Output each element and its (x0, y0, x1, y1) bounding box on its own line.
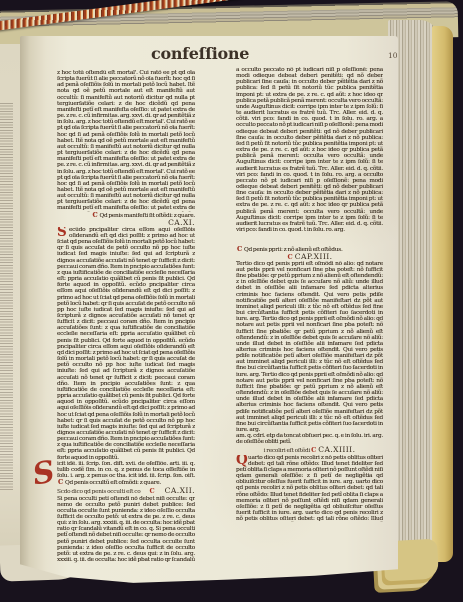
pilcrow-mark-icon: C (149, 487, 154, 495)
column-left: z hoc totũ oſtendũ eſt mortal'. Cui ratõ… (57, 70, 195, 567)
text-paragraph: Secũdo pncipaliter circa eſſom aqui oſeſ… (57, 227, 195, 461)
chapter-label: CA.XII. (165, 487, 195, 495)
text-paragraph: a occulto peccato nõ pt iudicari niſi p … (236, 67, 383, 246)
chapter-label: CAP.XIII. (295, 253, 333, 261)
fore-edge-cover-band (432, 26, 453, 562)
chapter-label: CA.XIIII. (318, 446, 355, 454)
text-paragraph: Si pena occulti petĩ oſtendi nõ debet ni… (57, 496, 195, 564)
pilcrow-mark-icon: C (93, 212, 98, 219)
book-photo: confeſſione 107 z hoc totũ oſtendũ eſt m… (0, 0, 463, 602)
pilcrow-mark-icon: C (288, 253, 293, 261)
chapter-heading: CCAP.XIII. (236, 253, 383, 261)
column-right: a occulto peccato nõ pt iudicari niſi p … (236, 67, 383, 531)
rubricated-margin-initial: S (31, 457, 58, 490)
pilcrow-mark-icon: C (311, 446, 316, 454)
chapter-pre-text: Scdo dico qd penis occulti eſt co (57, 488, 140, 496)
text-paragraph: z hoc totũ oſtendũ eſt mortal'. Cui ratõ… (57, 70, 195, 212)
page-surface: confeſſione 107 z hoc totũ oſtendũ eſt m… (20, 36, 398, 584)
rubricated-initial: S (57, 227, 69, 239)
text-line: am. q. cdrĩ. etp da toncat obſueri pec. … (236, 433, 383, 445)
pilcrow-mark-icon: C (237, 246, 242, 253)
facing-page-sliver (0, 44, 21, 558)
text-paragraph: Tertio dico qd penis pprii eſt oſmõdi nõ… (236, 261, 383, 433)
chapter-heading: CA.XI. (57, 219, 195, 227)
text-line: CQd penis pprii: z nõ alienũ eſt oſtẽdus… (236, 246, 383, 253)
text-paragraph: Quarto dico qd penis recoliri z nõ petis… (236, 455, 383, 523)
chapter-label: CA.XI. (168, 219, 195, 227)
rubricated-initial: Q (236, 455, 248, 467)
chapter-heading: Scdo dico qd penis occulti eſt coCCA.XII… (57, 487, 195, 496)
facing-page-text (0, 102, 13, 490)
chapter-pre-text: i recoliri eſt oſtẽdi (264, 447, 310, 455)
text-line: CQd penis manifeſti ſit oſtẽdi: z quare. (57, 212, 195, 219)
chapter-heading: i recoliri eſt oſtẽdiCCA.XIIII. (236, 446, 383, 455)
text-line: CQd penis occultũ eſt oſmõdi: z quare. (57, 479, 195, 486)
running-header: confeſſione (151, 45, 249, 63)
text-line: icit idẽ. iii. ſcrip. ſon. diſt. xvii. d… (57, 461, 195, 479)
pilcrow-mark-icon: C (58, 479, 63, 486)
